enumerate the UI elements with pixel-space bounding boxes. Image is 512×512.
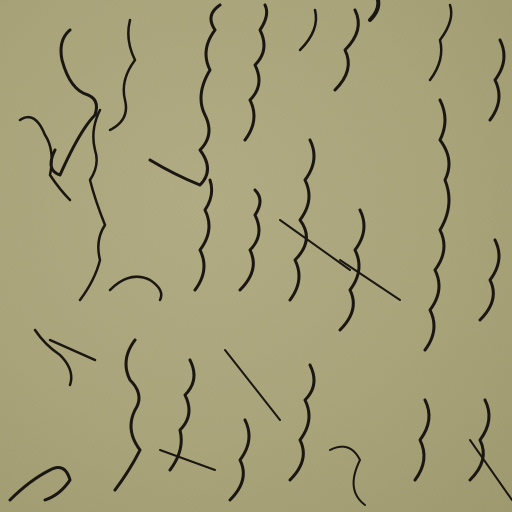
manuscript-line: ...Zerrij (130, 165, 165, 280)
manuscript-photo: Altro palm ...erra, leggiste ...vite ...… (0, 0, 512, 512)
manuscript-line: ...ela ui. Seulma ode (190, 191, 225, 500)
manuscript-line: ...erra, leggiste ...vite (90, 173, 125, 500)
manuscript-line: ...rezi. margine sue (430, 206, 465, 500)
manuscript-line: ...beli. In ferri (300, 288, 335, 500)
manuscript-line: Altro palm (40, 260, 75, 420)
manuscript-line: ...li. superiori lo (360, 258, 395, 500)
manuscript-line: ...D' (495, 439, 512, 500)
manuscript-line: ...dee dolere celle (255, 229, 290, 500)
